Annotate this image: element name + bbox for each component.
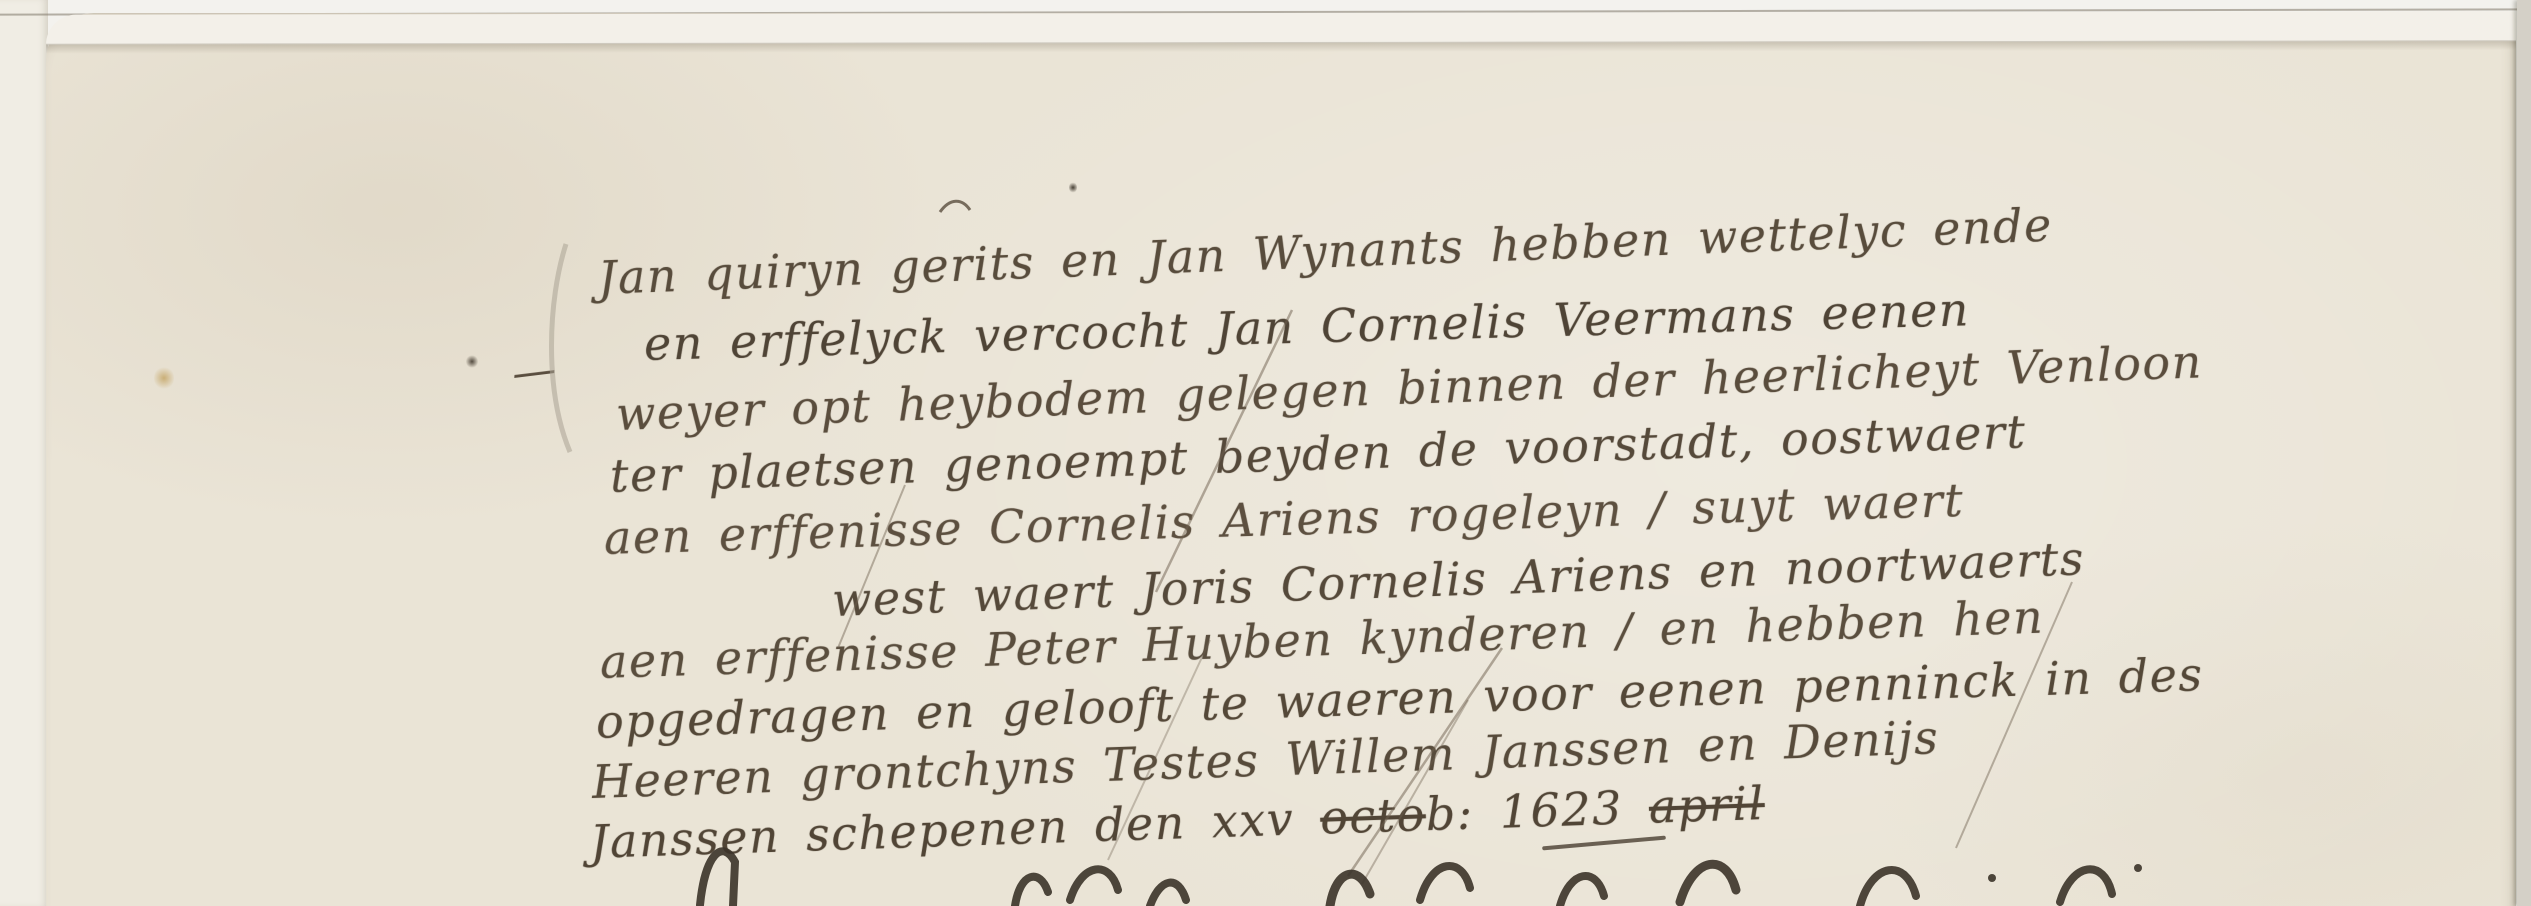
next-entry-partial-line bbox=[0, 0, 2531, 906]
manuscript-scan: — Jan quiryn gerits en Jan Wynants hebbe… bbox=[0, 0, 2531, 906]
right-edge-gutter bbox=[2517, 0, 2531, 906]
